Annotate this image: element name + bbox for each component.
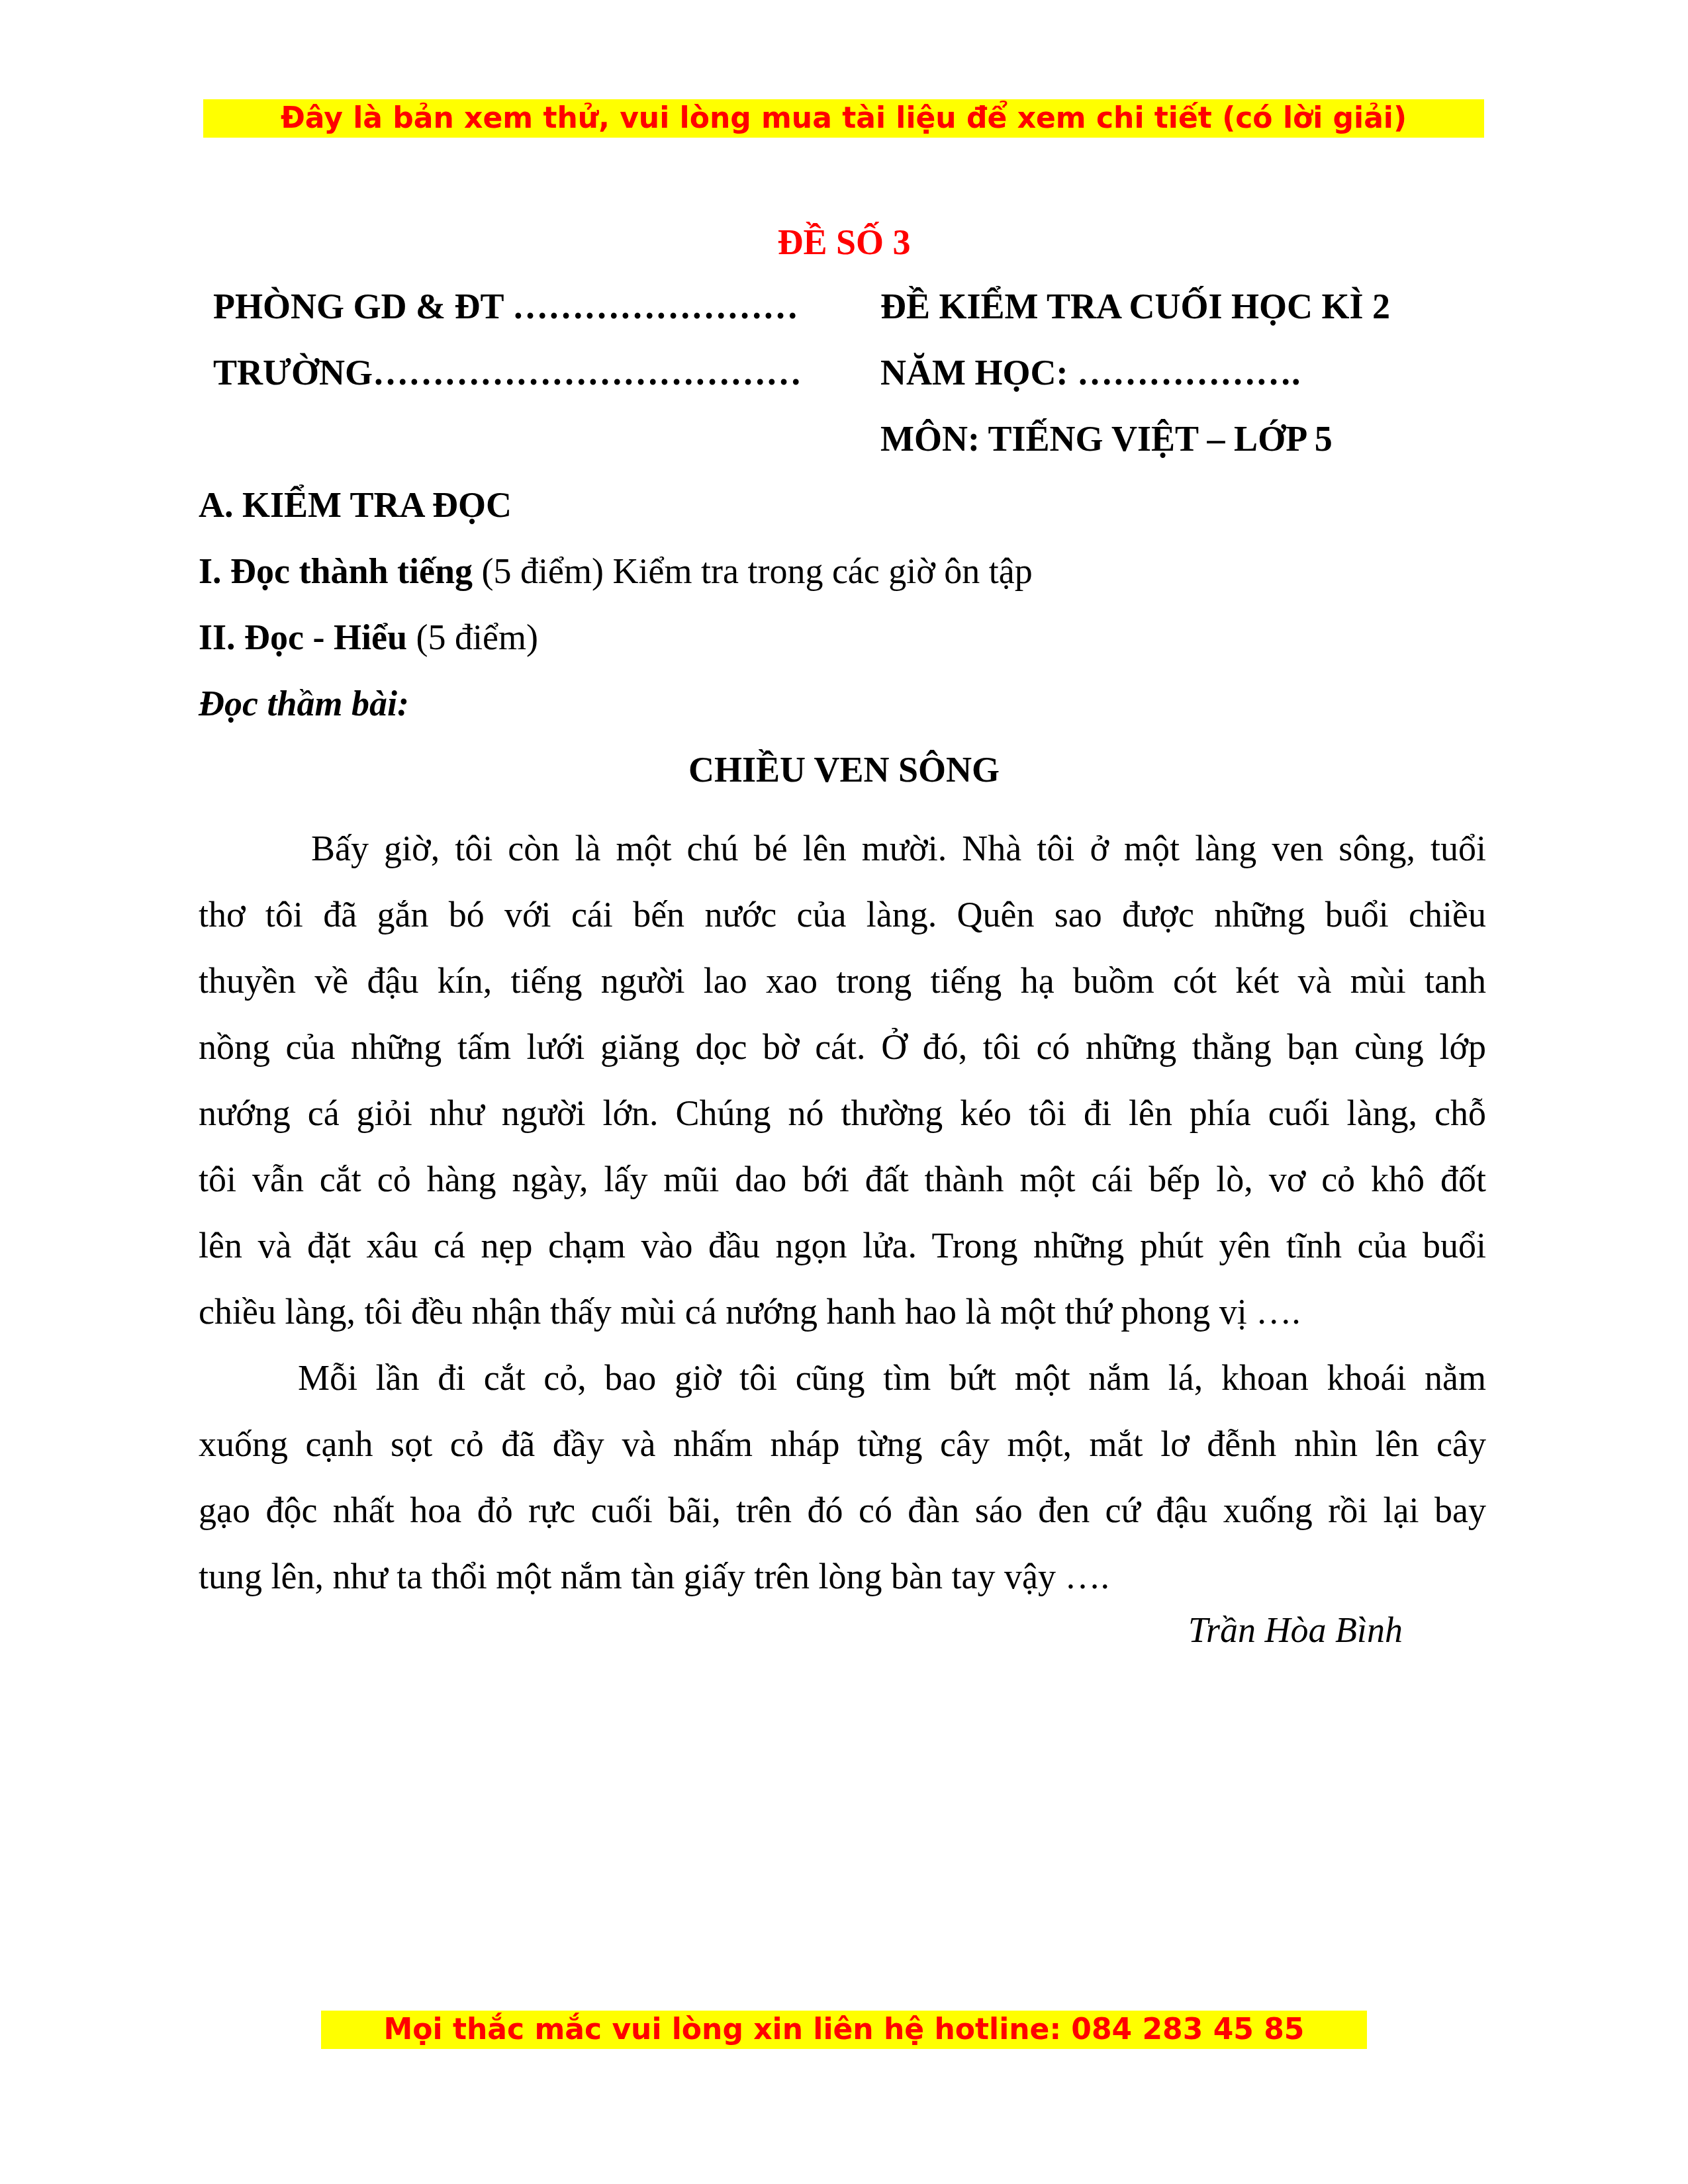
passage-line: chiều làng, tôi đều nhận thấy mùi cá nướ…: [199, 1279, 1486, 1345]
passage-line: nướng cá giỏi như người lớn. Chúng nó th…: [199, 1080, 1486, 1146]
passage-line: gạo độc nhất hoa đỏ rực cuối bãi, trên đ…: [199, 1477, 1486, 1543]
story-paragraph-2: Mỗi lần đi cắt cỏ, bao giờ tôi cũng tìm …: [199, 1345, 1486, 1610]
passage-line: Mỗi lần đi cắt cỏ, bao giờ tôi cũng tìm …: [199, 1345, 1486, 1411]
school-year-field: NĂM HỌC: ……………….: [880, 352, 1300, 393]
subject-line: MÔN: TIẾNG VIỆT – LỚP 5: [880, 418, 1333, 459]
passage-line: thuyền về đậu kín, tiếng người lao xao t…: [199, 948, 1486, 1014]
passage-line: tôi vẫn cắt cỏ hàng ngày, lấy mũi dao bớ…: [199, 1146, 1486, 1212]
passage-line: lên và đặt xâu cá nẹp chạm vào đầu ngọn …: [199, 1212, 1486, 1279]
comprehension-label: II. Đọc - Hiểu: [199, 617, 407, 657]
education-department-field: PHÒNG GD & ĐT ……………………: [213, 286, 798, 327]
comprehension-section: II. Đọc - Hiểu (5 điểm): [199, 617, 538, 658]
passage-line: tung lên, như ta thổi một nắm tàn giấy t…: [199, 1543, 1486, 1610]
silent-reading-instruction: Đọc thầm bài:: [199, 683, 409, 724]
exam-number-heading: ĐỀ SỐ 3: [0, 222, 1688, 263]
school-field: TRƯỜNG………………………………: [213, 352, 802, 393]
hotline-banner: Mọi thắc mắc vui lòng xin liên hệ hotlin…: [321, 2011, 1367, 2049]
story-author: Trần Hòa Bình: [1188, 1610, 1403, 1651]
passage-line: xuống cạnh sọt cỏ đã đầy và nhấm nháp từ…: [199, 1411, 1486, 1477]
story-title: CHIỀU VEN SÔNG: [0, 749, 1688, 790]
preview-notice-banner: Đây là bản xem thử, vui lòng mua tài liệ…: [203, 99, 1484, 138]
section-a-title: A. KIỂM TRA ĐỌC: [199, 484, 512, 525]
passage-line: Bấy giờ, tôi còn là một chú bé lên mười.…: [199, 815, 1486, 882]
reading-aloud-text: (5 điểm) Kiểm tra trong các giờ ôn tập: [473, 551, 1033, 591]
passage-line: nồng của những tấm lưới giăng dọc bờ cát…: [199, 1014, 1486, 1080]
exam-title: ĐỀ KIỂM TRA CUỐI HỌC KÌ 2: [880, 286, 1390, 327]
passage-line: thơ tôi đã gắn bó với cái bến nước của l…: [199, 882, 1486, 948]
reading-aloud-label: I. Đọc thành tiếng: [199, 551, 473, 591]
story-paragraph-1: Bấy giờ, tôi còn là một chú bé lên mười.…: [199, 815, 1486, 1345]
comprehension-text: (5 điểm): [407, 617, 538, 657]
reading-aloud-section: I. Đọc thành tiếng (5 điểm) Kiểm tra tro…: [199, 551, 1033, 592]
